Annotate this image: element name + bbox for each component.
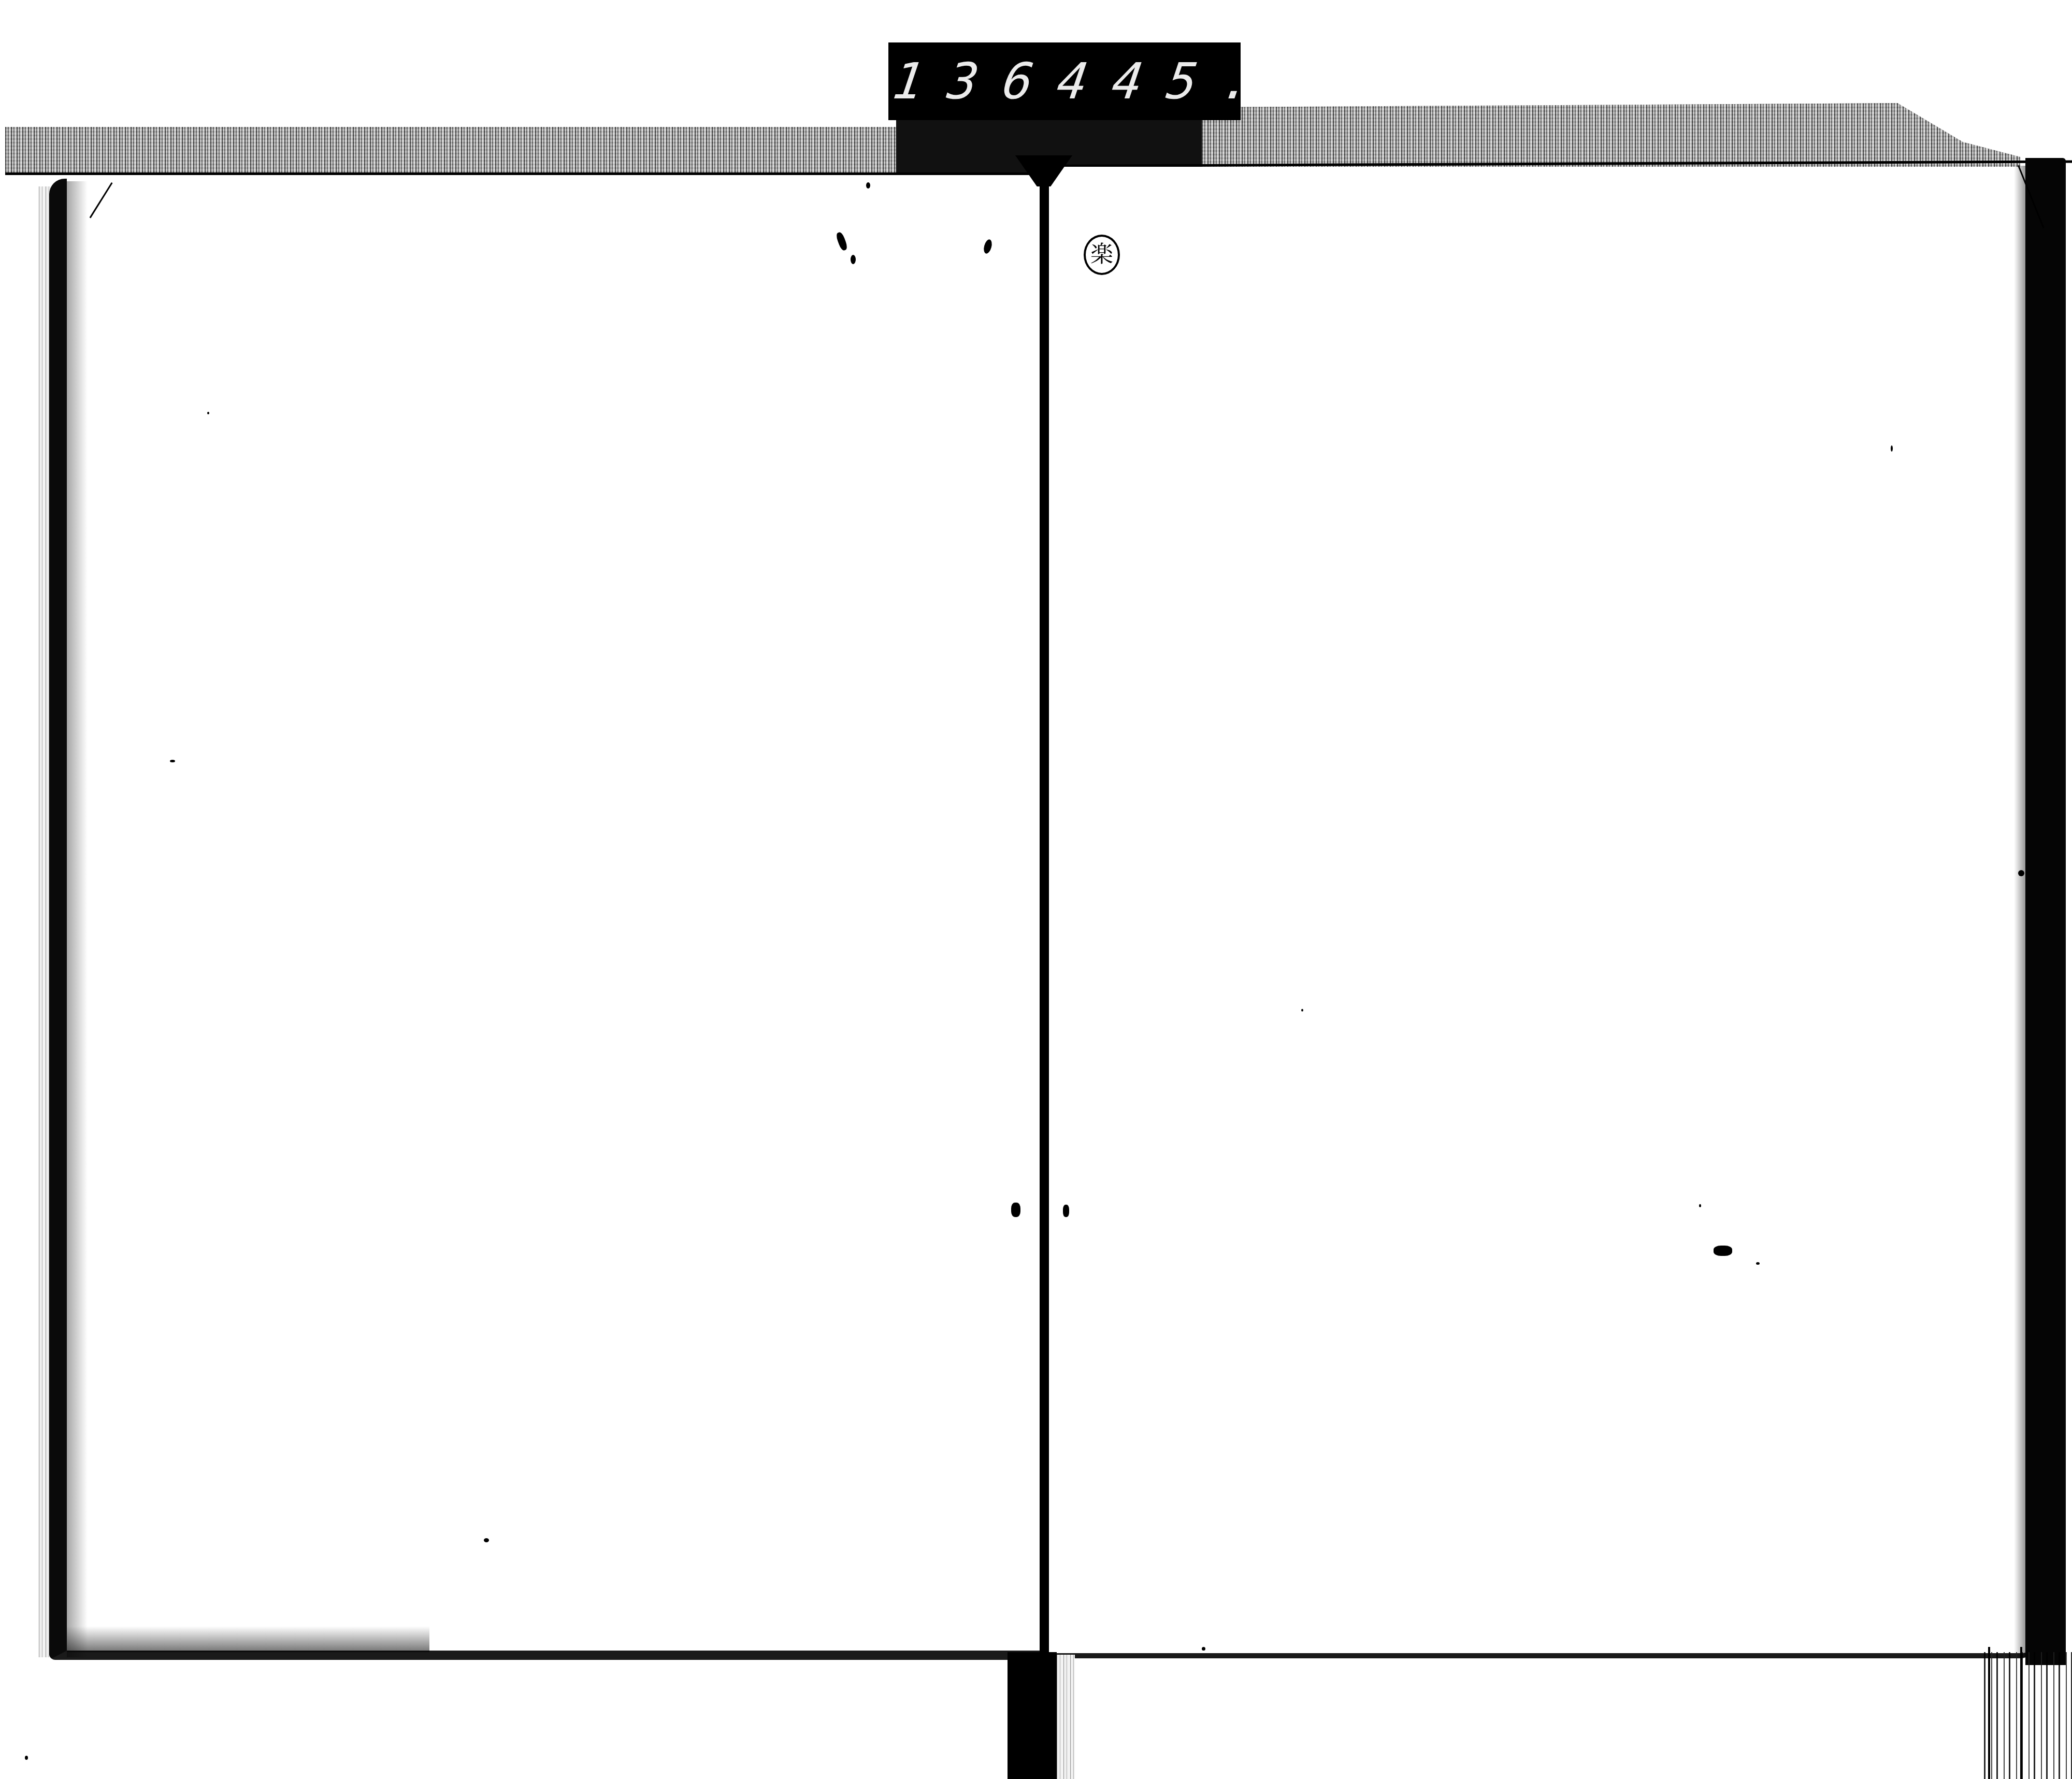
page-stack-line xyxy=(2020,1647,2022,1779)
spine-bottom-block xyxy=(1008,1652,1057,1779)
ink-spot xyxy=(170,760,175,762)
ink-spot xyxy=(25,1756,28,1760)
spine-bottom-shadow xyxy=(1057,1655,1075,1779)
left-page-edge-shadow xyxy=(67,181,88,1657)
ink-spot xyxy=(1063,1205,1069,1217)
ink-spot xyxy=(866,182,870,189)
call-number-left: 136 xyxy=(890,56,1061,106)
ink-spot xyxy=(484,1538,489,1542)
ink-spot xyxy=(207,412,209,414)
ink-spot xyxy=(2018,870,2024,876)
ink-spot xyxy=(1202,1647,1205,1651)
ink-spot xyxy=(1756,1262,1760,1265)
scan-noise-band-left xyxy=(5,127,896,172)
stamp-glyph: 楽 xyxy=(1090,243,1113,266)
call-number-right: 445. xyxy=(1055,56,1281,106)
left-page-bottom-shadow xyxy=(67,1626,429,1652)
ink-spot xyxy=(851,255,856,264)
ink-spot xyxy=(1891,445,1893,452)
right-page xyxy=(1052,167,2033,1658)
ink-spot xyxy=(1301,1009,1303,1011)
ink-spot xyxy=(1714,1246,1732,1256)
library-stamp: 楽 xyxy=(1084,235,1120,275)
call-number-label: 136 445. xyxy=(888,42,1241,120)
ink-spot xyxy=(1699,1204,1701,1207)
left-page xyxy=(49,179,1041,1660)
right-page-edge-shadow xyxy=(2014,166,2026,1657)
top-edge-rule-left xyxy=(5,172,1031,175)
ink-spot xyxy=(1011,1203,1020,1217)
book-spine-gutter xyxy=(1040,171,1049,1668)
right-page-fore-edge xyxy=(2025,158,2066,1665)
page-stack-line xyxy=(1988,1647,1990,1779)
page-stack-edges xyxy=(1984,1652,2072,1779)
